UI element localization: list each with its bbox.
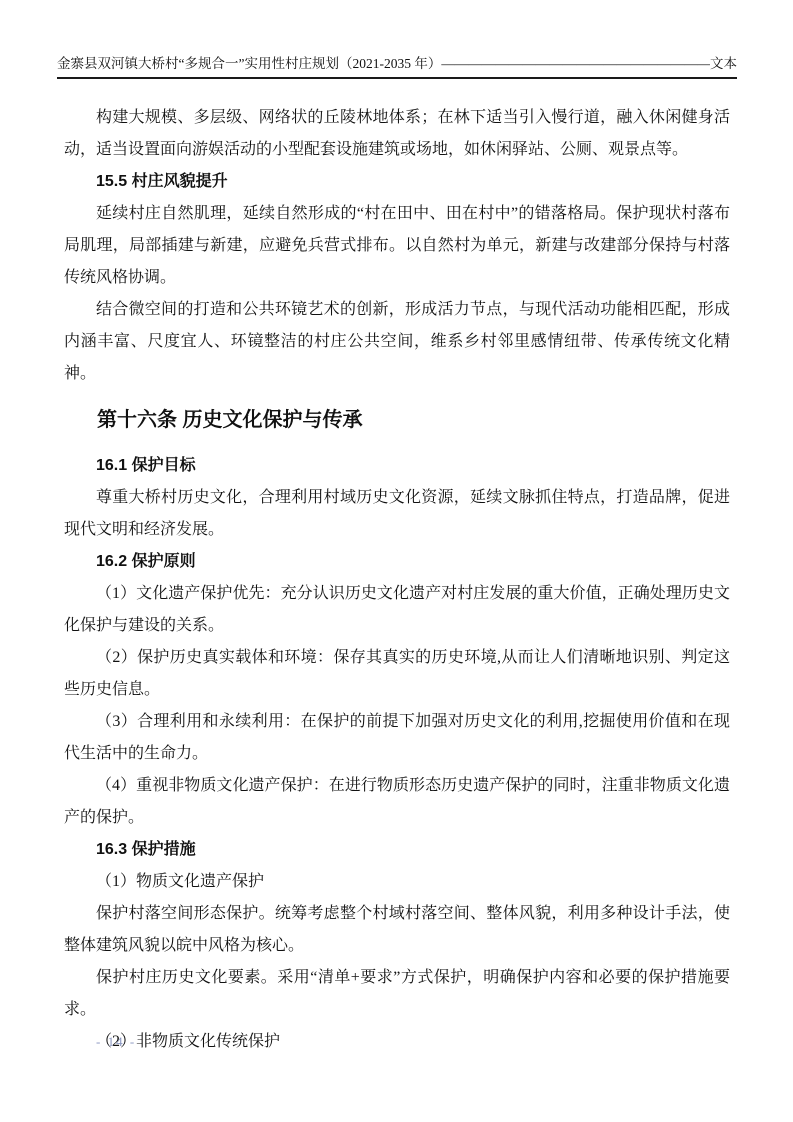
section-heading: 16.2 保护原则 bbox=[64, 546, 730, 578]
section-heading: 15.5 村庄风貌提升 bbox=[64, 166, 730, 198]
paragraph: （1）物质文化遗产保护 bbox=[64, 866, 730, 898]
page-header: 金寨县双河镇大桥村“多规合一”实用性村庄规划（2021-2035 年） ————… bbox=[57, 54, 737, 79]
header-doc-type-label: 文本 bbox=[710, 54, 737, 74]
section-heading: 16.3 保护措施 bbox=[64, 834, 730, 866]
header-dash-separator: —————————————————————————— bbox=[441, 54, 710, 74]
content: 构建大规模、多层级、网络状的丘陵林地体系；在林下适当引入慢行道，融入休闲健身活动… bbox=[64, 102, 730, 1058]
section-heading: 16.1 保护目标 bbox=[64, 450, 730, 482]
paragraph: （2）非物质文化传统保护 bbox=[64, 1026, 730, 1058]
paragraph: （1）文化遗产保护优先：充分认识历史文化遗产对村庄发展的重大价值，正确处理历史文… bbox=[64, 578, 730, 642]
paragraph: 构建大规模、多层级、网络状的丘陵林地体系；在林下适当引入慢行道，融入休闲健身活动… bbox=[64, 102, 730, 166]
page-number: - 14 - bbox=[96, 1034, 136, 1050]
paragraph: （4）重视非物质文化遗产保护：在进行物质形态历史遗产保护的同时，注重非物质文化遗… bbox=[64, 770, 730, 834]
paragraph: （2）保护历史真实载体和环境：保存其真实的历史环境,从而让人们清晰地识别、判定这… bbox=[64, 642, 730, 706]
paragraph: 延续村庄自然肌理，延续自然形成的“村在田中、田在村中”的错落格局。保护现状村落布… bbox=[64, 198, 730, 294]
paragraph: 尊重大桥村历史文化，合理利用村域历史文化资源，延续文脉抓住特点，打造品牌，促进现… bbox=[64, 482, 730, 546]
paragraph: （3）合理利用和永续利用：在保护的前提下加强对历史文化的利用,挖掘使用价值和在现… bbox=[64, 706, 730, 770]
paragraph: 结合微空间的打造和公共环镜艺术的创新，形成活力节点，与现代活动功能相匹配，形成内… bbox=[64, 294, 730, 390]
paragraph: 保护村庄历史文化要素。采用“清单+要求”方式保护，明确保护内容和必要的保护措施要… bbox=[64, 962, 730, 1026]
document-page: 金寨县双河镇大桥村“多规合一”实用性村庄规划（2021-2035 年） ————… bbox=[0, 0, 793, 1122]
header-document-title: 金寨县双河镇大桥村“多规合一”实用性村庄规划（2021-2035 年） bbox=[57, 54, 441, 74]
paragraph: 保护村落空间形态保护。统筹考虑整个村域村落空间、整体风貌，利用多种设计手法，使整… bbox=[64, 898, 730, 962]
article-heading: 第十六条 历史文化保护与传承 bbox=[64, 401, 730, 439]
